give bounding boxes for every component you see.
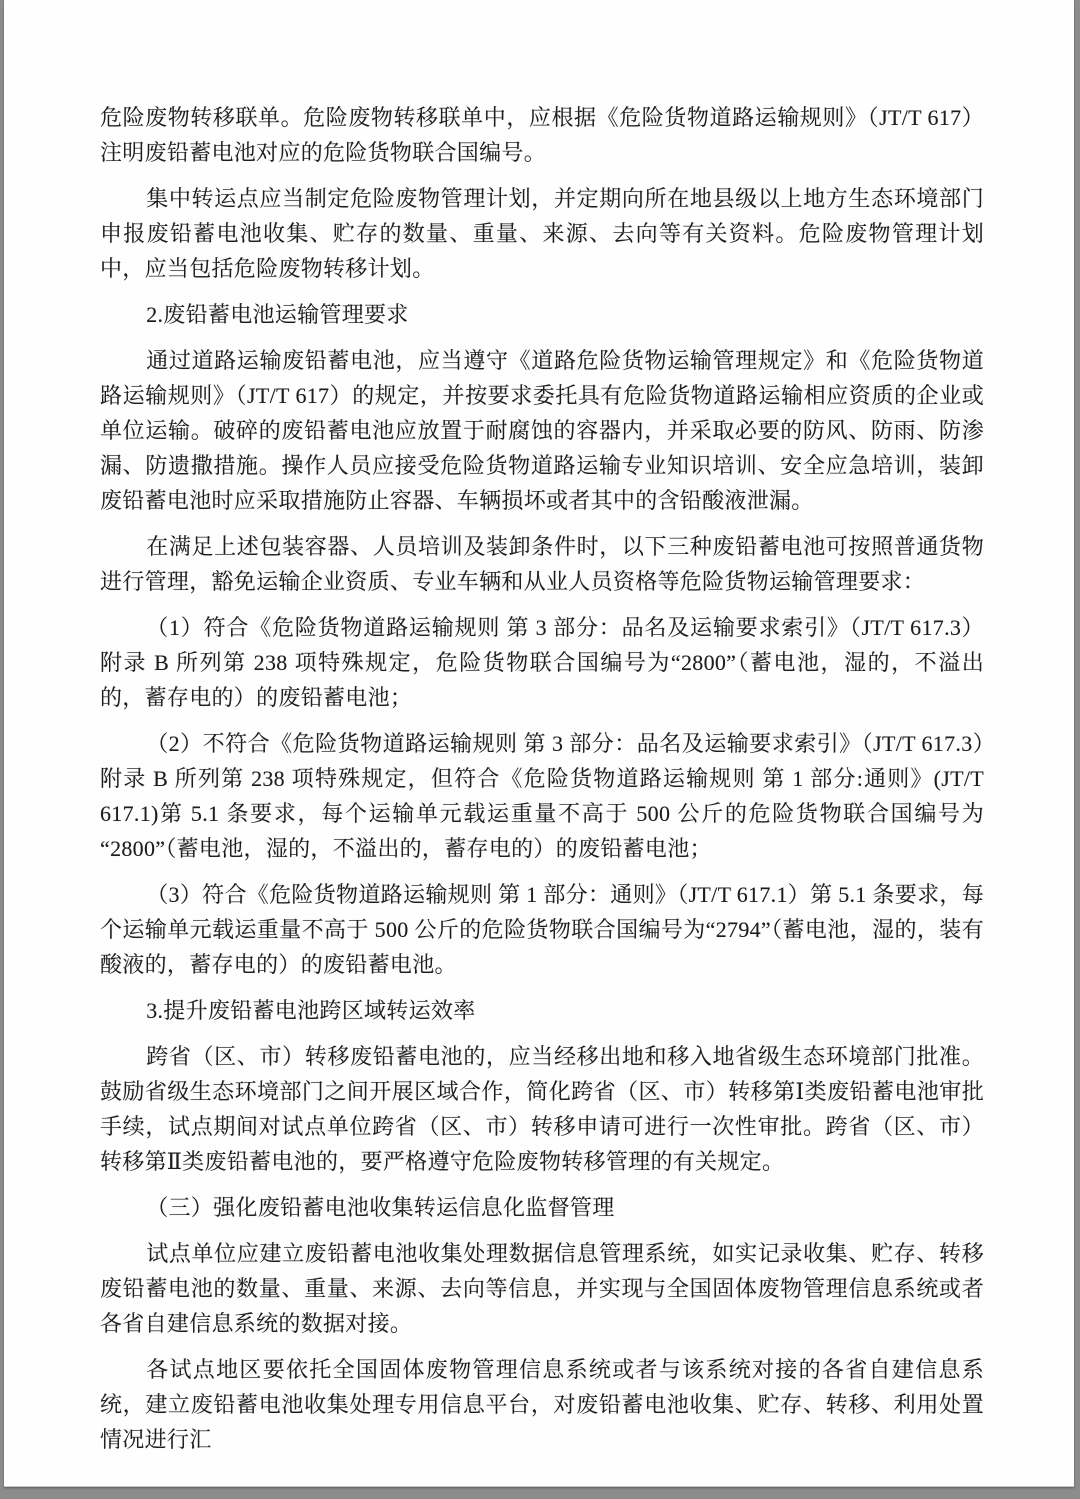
paragraph: （1）符合《危险货物道路运输规则 第 3 部分：品名及运输要求索引》（JT/T … <box>100 610 984 715</box>
paragraph: （3）符合《危险货物道路运输规则 第 1 部分：通则》（JT/T 617.1）第… <box>100 877 984 982</box>
section-heading: 2.废铅蓄电池运输管理要求 <box>100 297 984 332</box>
paragraph: 各试点地区要依托全国固体废物管理信息系统或者与该系统对接的各省自建信息系统，建立… <box>100 1352 984 1457</box>
page-text-area: 危险废物转移联单。危险废物转移联单中，应根据《危险货物道路运输规则》（JT/T … <box>100 100 984 1457</box>
paragraph: 在满足上述包装容器、人员培训及装卸条件时，以下三种废铅蓄电池可按照普通货物进行管… <box>100 529 984 599</box>
paragraph: 危险废物转移联单。危险废物转移联单中，应根据《危险货物道路运输规则》（JT/T … <box>100 100 984 170</box>
paragraph: （2）不符合《危险货物道路运输规则 第 3 部分：品名及运输要求索引》（JT/T… <box>100 726 984 866</box>
paragraph: 通过道路运输废铅蓄电池，应当遵守《道路危险货物运输管理规定》和《危险货物道路运输… <box>100 343 984 518</box>
section-heading: 3.提升废铅蓄电池跨区域转运效率 <box>100 993 984 1028</box>
document-page: 危险废物转移联单。危险废物转移联单中，应根据《危险货物道路运输规则》（JT/T … <box>4 0 1074 1487</box>
paragraph: 跨省（区、市）转移废铅蓄电池的，应当经移出地和移入地省级生态环境部门批准。鼓励省… <box>100 1039 984 1179</box>
section-heading: （三）强化废铅蓄电池收集转运信息化监督管理 <box>100 1190 984 1225</box>
document-viewer: 危险废物转移联单。危险废物转移联单中，应根据《危险货物道路运输规则》（JT/T … <box>0 0 1080 1499</box>
paragraph: 试点单位应建立废铅蓄电池收集处理数据信息管理系统，如实记录收集、贮存、转移废铅蓄… <box>100 1236 984 1341</box>
paragraph: 集中转运点应当制定危险废物管理计划，并定期向所在地县级以上地方生态环境部门申报废… <box>100 181 984 286</box>
